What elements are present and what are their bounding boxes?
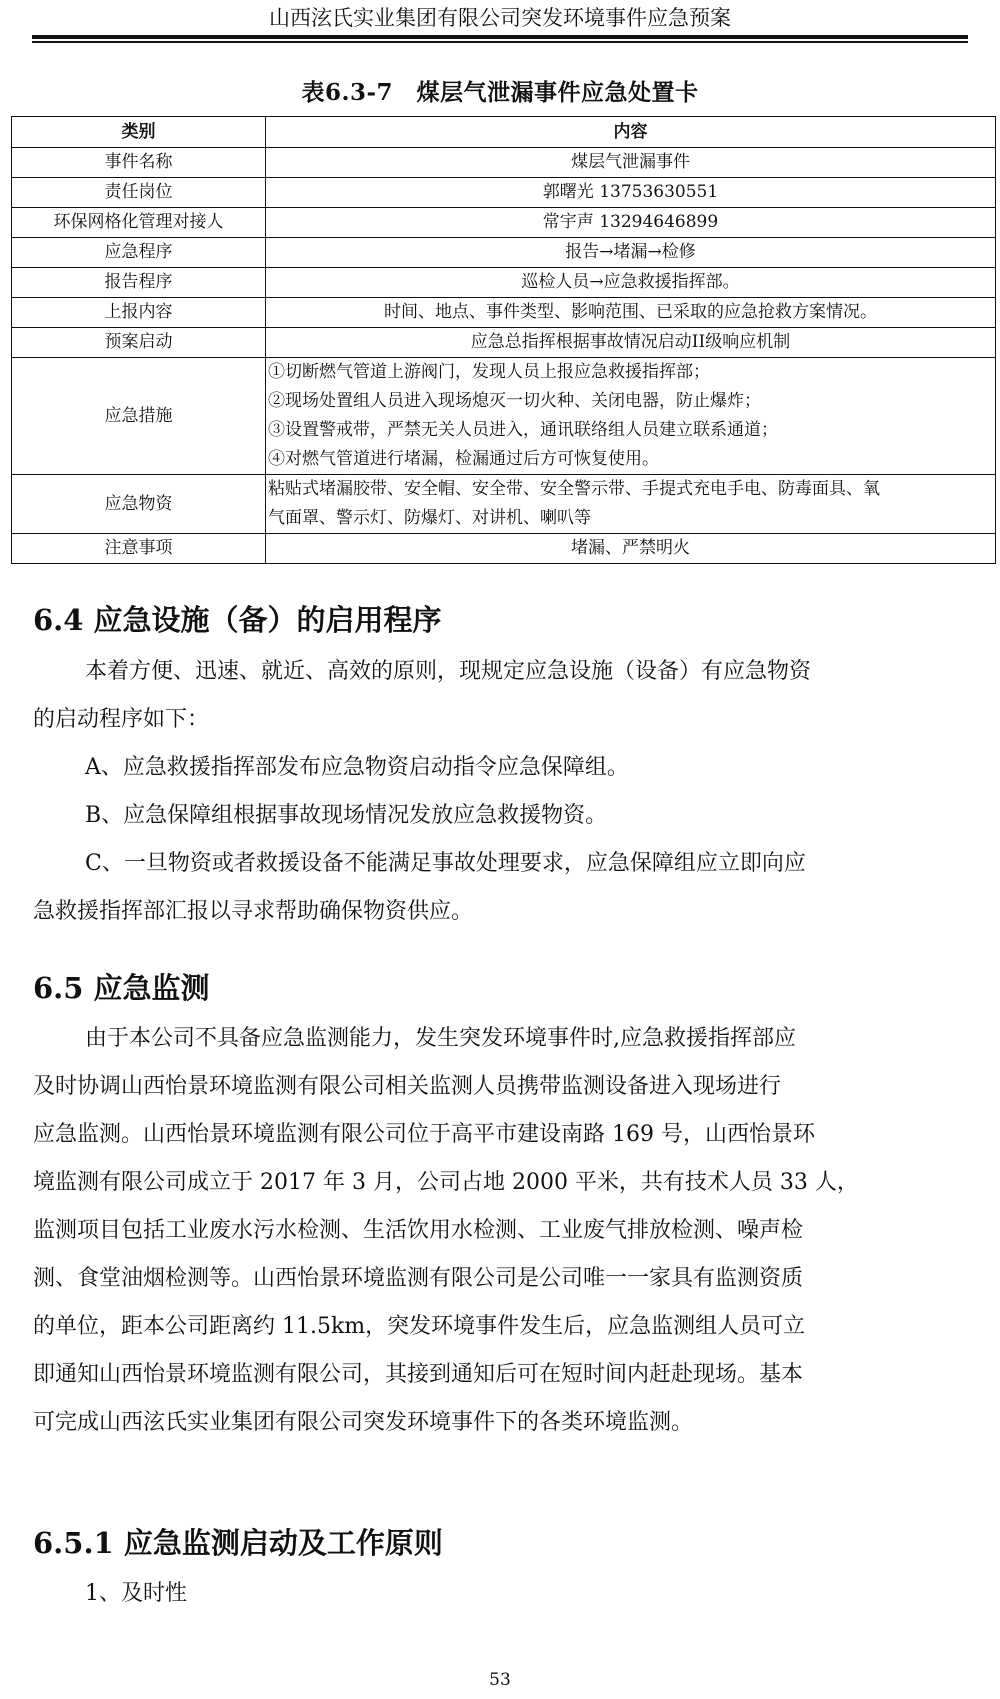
row-content: 应急总指挥根据事故情况启动II级响应机制 xyxy=(266,328,996,358)
table-row: 环保网格化管理对接人 常宇声 13294646899 xyxy=(12,208,996,238)
section-6-5-body: 由于本公司不具备应急监测能力，发生突发环境事件时,应急救援指挥部应 及时协调山西… xyxy=(33,1015,968,1447)
page-number: 53 xyxy=(0,1670,1000,1690)
column-header-content: 内容 xyxy=(266,117,996,148)
row-category: 事件名称 xyxy=(12,148,266,178)
paragraph-line: 的启动程序如下： xyxy=(33,696,968,744)
paragraph-line: 急救援指挥部汇报以寻求帮助确保物资供应。 xyxy=(33,888,968,936)
row-category: 注意事项 xyxy=(12,534,266,564)
paragraph-text: 1、及时性 xyxy=(85,1581,187,1606)
row-content: 时间、地点、事件类型、影响范围、已采取的应急抢救方案情况。 xyxy=(266,298,996,328)
measure-item: ③设置警戒带，严禁无关人员进入，通讯联络组人员建立联系通道； xyxy=(268,416,991,445)
paragraph-line: 由于本公司不具备应急监测能力，发生突发环境事件时,应急救援指挥部应 xyxy=(33,1015,968,1063)
header-rule-thin xyxy=(32,41,968,43)
row-content: 常宇声 13294646899 xyxy=(266,208,996,238)
paragraph-text: C、一旦物资或者救援设备不能满足事故处理要求，应急保障组应立即向应 xyxy=(85,851,806,876)
column-header-category: 类别 xyxy=(12,117,266,148)
paragraph-text: A、应急救援指挥部发布应急物资启动指令应急保障组。 xyxy=(85,755,629,780)
list-item-a: A、应急救援指挥部发布应急物资启动指令应急保障组。 xyxy=(33,744,968,792)
table-row-measures: 应急措施 ①切断燃气管道上游阀门，发现人员上报应急救援指挥部； ②现场处置组人员… xyxy=(12,358,996,475)
paragraph-line: 本着方便、迅速、就近、高效的原则，现规定应急设施（设备）有应急物资 xyxy=(33,648,968,696)
list-item-c: C、一旦物资或者救援设备不能满足事故处理要求，应急保障组应立即向应 xyxy=(33,840,968,888)
table-row: 应急程序 报告→堵漏→检修 xyxy=(12,238,996,268)
measure-item: ①切断燃气管道上游阀门，发现人员上报应急救援指挥部； xyxy=(268,358,991,387)
section-6-5-1-body: 1、及时性 xyxy=(33,1570,968,1618)
list-item-b: B、应急保障组根据事故现场情况发放应急救援物资。 xyxy=(33,792,968,840)
row-content: 郭曙光 13753630551 xyxy=(266,178,996,208)
table-header-row: 类别 内容 xyxy=(12,117,996,148)
measure-item: ④对燃气管道进行堵漏，检漏通过后方可恢复使用。 xyxy=(268,445,991,474)
row-content: 报告→堵漏→检修 xyxy=(266,238,996,268)
row-category: 上报内容 xyxy=(12,298,266,328)
emergency-card-table: 类别 内容 事件名称 煤层气泄漏事件 责任岗位 郭曙光 13753630551 … xyxy=(11,116,996,564)
section-6-4-body: 本着方便、迅速、就近、高效的原则，现规定应急设施（设备）有应急物资 的启动程序如… xyxy=(33,648,968,936)
paragraph-text: 由于本公司不具备应急监测能力，发生突发环境事件时,应急救援指挥部应 xyxy=(85,1026,796,1051)
table-row: 报告程序 巡检人员→应急救援指挥部。 xyxy=(12,268,996,298)
materials-content: 粘贴式堵漏胶带、安全帽、安全带、安全警示带、手提式充电手电、防毒面具、氧 气面罩… xyxy=(266,475,996,534)
table-row: 事件名称 煤层气泄漏事件 xyxy=(12,148,996,178)
row-category: 预案启动 xyxy=(12,328,266,358)
table-caption: 表6.3-7 煤层气泄漏事件应急处置卡 xyxy=(0,78,1000,108)
section-heading-6-4: 6.4 应急设施（备）的启用程序 xyxy=(33,600,442,640)
row-category: 应急程序 xyxy=(12,238,266,268)
paragraph-line: 可完成山西泫氏实业集团有限公司突发环境事件下的各类环境监测。 xyxy=(33,1399,968,1447)
paragraph-line: 境监测有限公司成立于 2017 年 3 月，公司占地 2000 平米，共有技术人… xyxy=(33,1159,968,1207)
list-item-1: 1、及时性 xyxy=(33,1570,968,1618)
materials-line: 气面罩、警示灯、防爆灯、对讲机、喇叭等 xyxy=(268,504,991,533)
paragraph-line: 及时协调山西怡景环境监测有限公司相关监测人员携带监测设备进入现场进行 xyxy=(33,1063,968,1111)
measures-list: ①切断燃气管道上游阀门，发现人员上报应急救援指挥部； ②现场处置组人员进入现场熄… xyxy=(266,358,996,475)
document-title: 山西泫氏实业集团有限公司突发环境事件应急预案 xyxy=(0,4,1000,32)
table-row-notes: 注意事项 堵漏、严禁明火 xyxy=(12,534,996,564)
row-category: 责任岗位 xyxy=(12,178,266,208)
paragraph-line: 即通知山西怡景环境监测有限公司，其接到通知后可在短时间内赶赴现场。基本 xyxy=(33,1351,968,1399)
section-heading-6-5: 6.5 应急监测 xyxy=(33,968,210,1008)
row-content: 煤层气泄漏事件 xyxy=(266,148,996,178)
table-row: 责任岗位 郭曙光 13753630551 xyxy=(12,178,996,208)
paragraph-line: 监测项目包括工业废水污水检测、生活饮用水检测、工业废气排放检测、噪声检 xyxy=(33,1207,968,1255)
paragraph-line: 测、食堂油烟检测等。山西怡景环境监测有限公司是公司唯一一家具有监测资质 xyxy=(33,1255,968,1303)
section-heading-6-5-1: 6.5.1 应急监测启动及工作原则 xyxy=(33,1523,443,1563)
table-row-materials: 应急物资 粘贴式堵漏胶带、安全帽、安全带、安全警示带、手提式充电手电、防毒面具、… xyxy=(12,475,996,534)
table-row: 上报内容 时间、地点、事件类型、影响范围、已采取的应急抢救方案情况。 xyxy=(12,298,996,328)
materials-line: 粘贴式堵漏胶带、安全帽、安全带、安全警示带、手提式充电手电、防毒面具、氧 xyxy=(268,475,991,504)
table-row: 预案启动 应急总指挥根据事故情况启动II级响应机制 xyxy=(12,328,996,358)
row-content: 巡检人员→应急救援指挥部。 xyxy=(266,268,996,298)
row-category: 环保网格化管理对接人 xyxy=(12,208,266,238)
row-category: 应急措施 xyxy=(12,358,266,475)
paragraph-line: 应急监测。山西怡景环境监测有限公司位于高平市建设南路 169 号，山西怡景环 xyxy=(33,1111,968,1159)
paragraph-text: B、应急保障组根据事故现场情况发放应急救援物资。 xyxy=(85,803,607,828)
row-content: 堵漏、严禁明火 xyxy=(266,534,996,564)
row-category: 应急物资 xyxy=(12,475,266,534)
measure-item: ②现场处置组人员进入现场熄灭一切火种、关闭电器，防止爆炸； xyxy=(268,387,991,416)
header-rule-thick xyxy=(32,35,968,39)
paragraph-text: 本着方便、迅速、就近、高效的原则，现规定应急设施（设备）有应急物资 xyxy=(85,659,811,684)
paragraph-line: 的单位，距本公司距离约 11.5km，突发环境事件发生后，应急监测组人员可立 xyxy=(33,1303,968,1351)
row-category: 报告程序 xyxy=(12,268,266,298)
